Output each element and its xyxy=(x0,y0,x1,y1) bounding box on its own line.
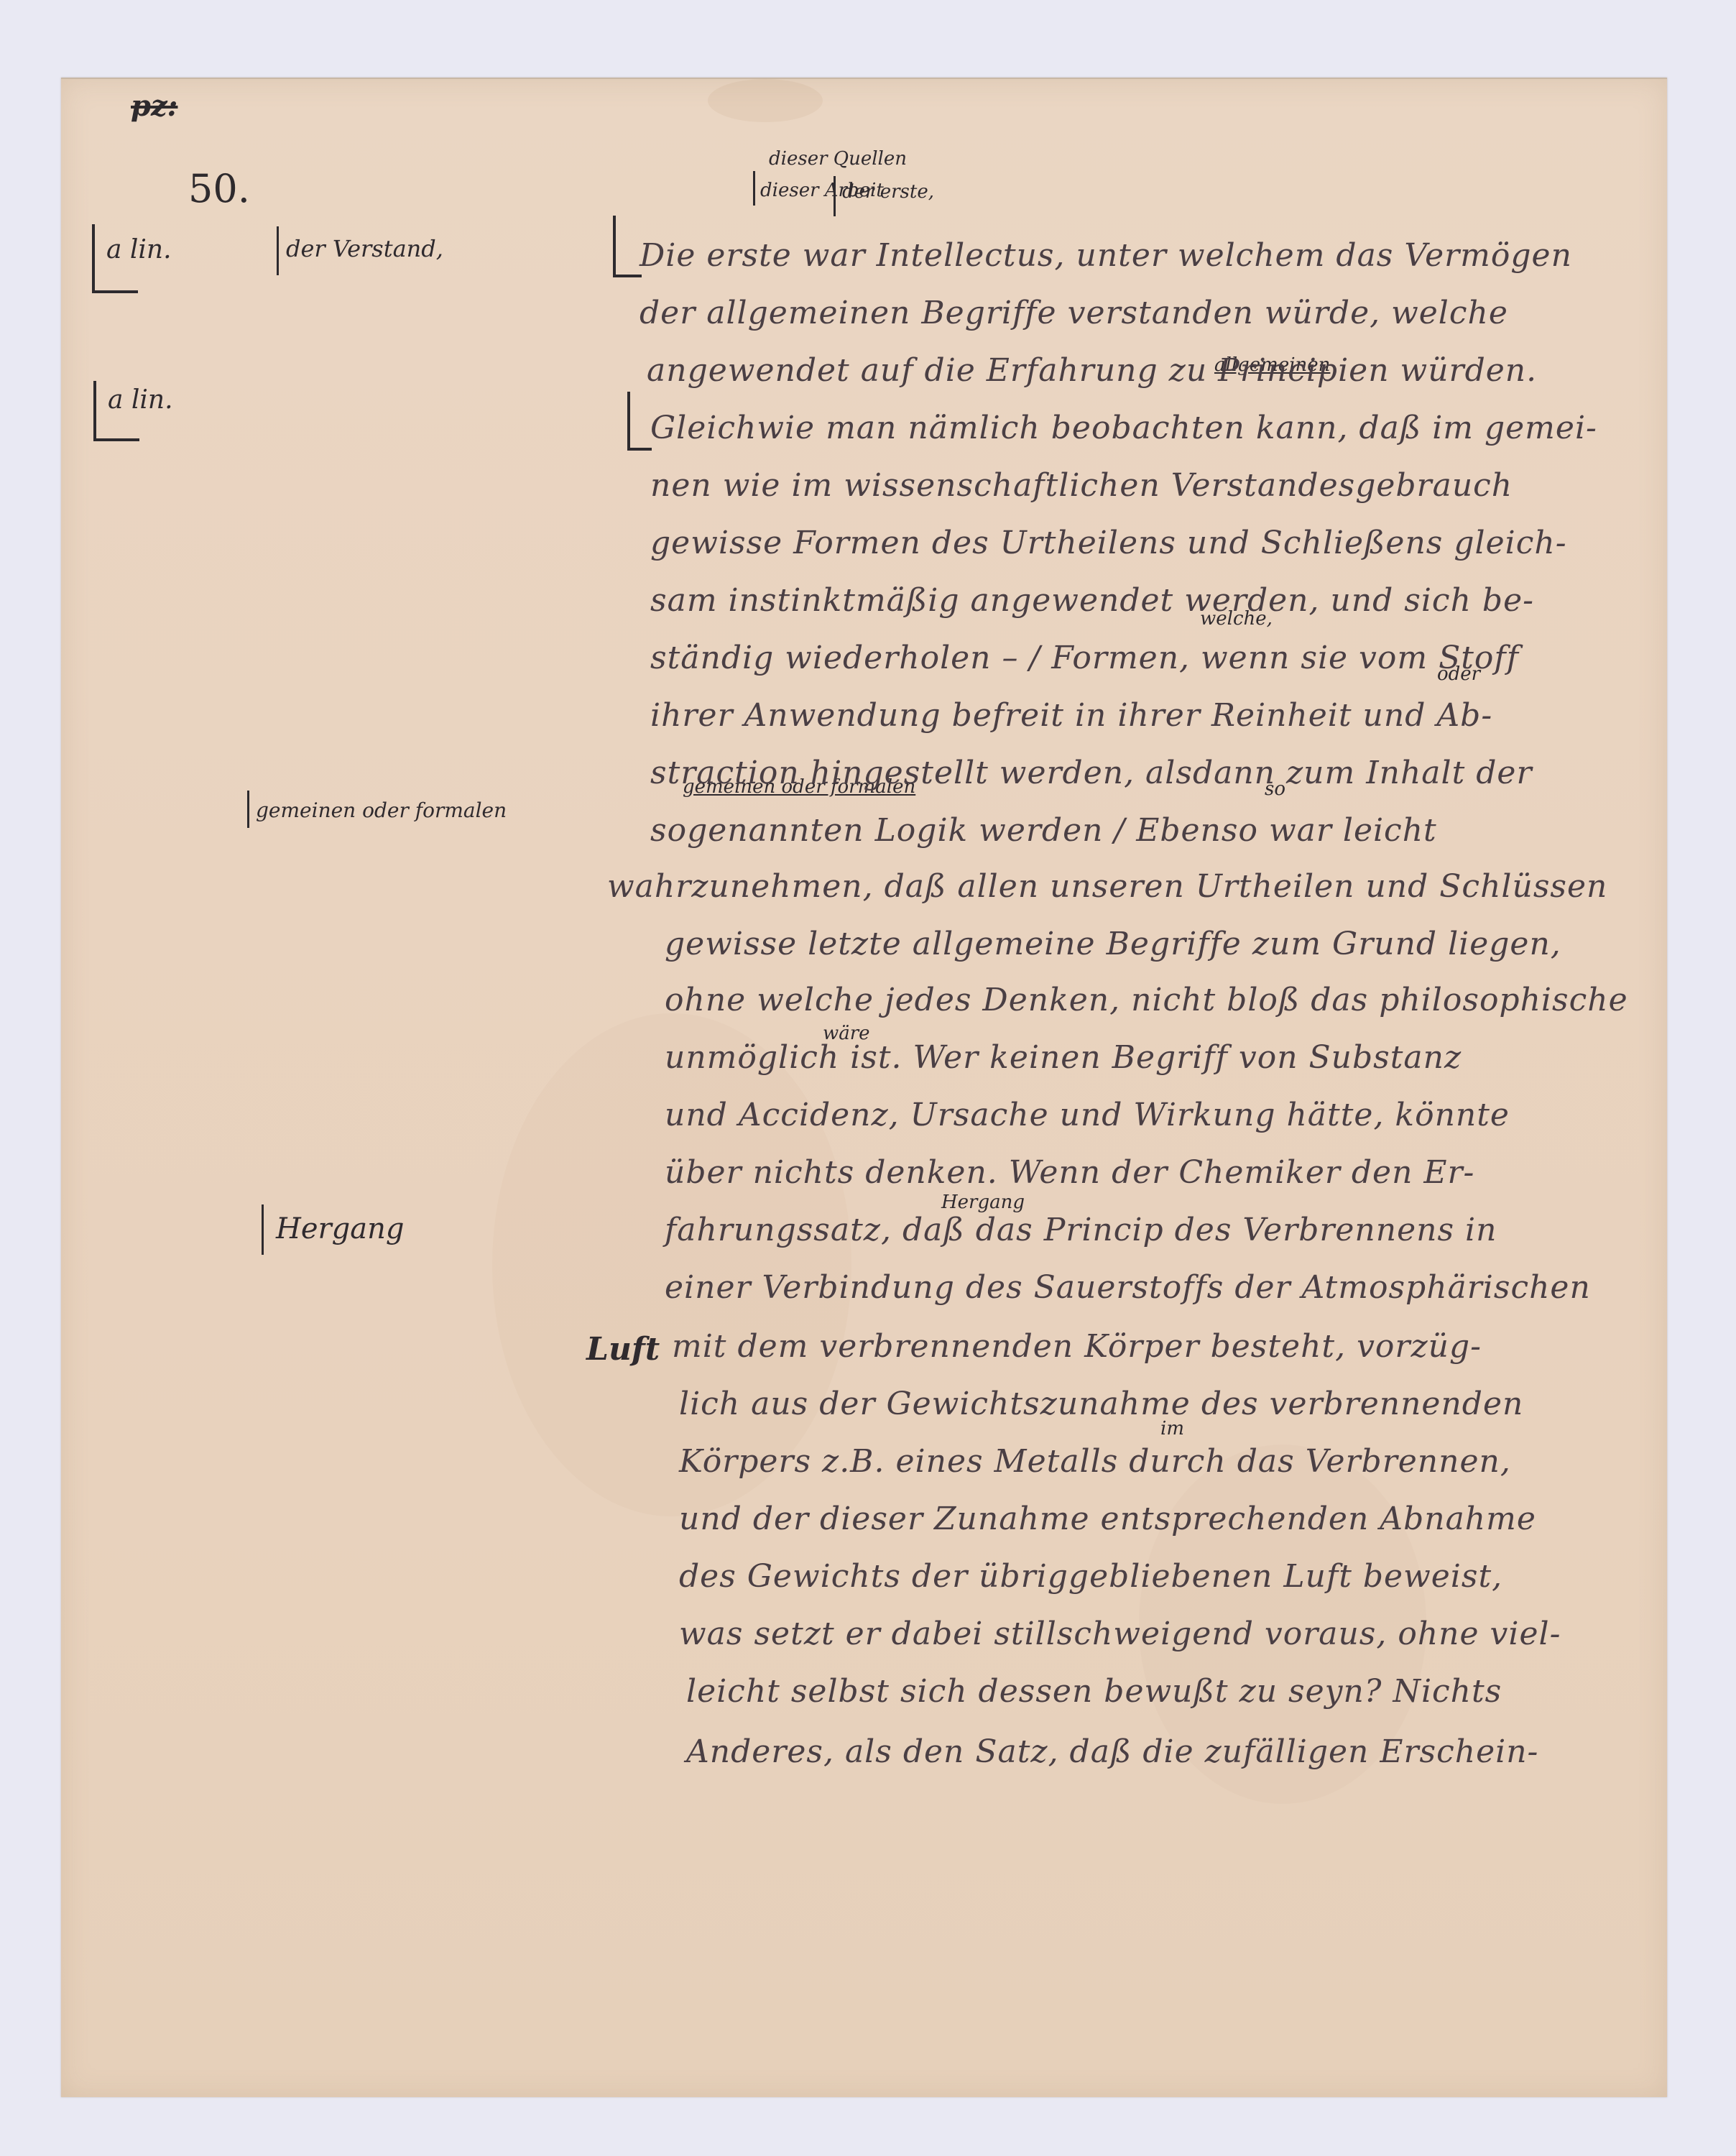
text-line: angewendet auf die Erfahrung zu Principi… xyxy=(647,355,1537,387)
text-line: lich aus der Gewichtszunahme des verbren… xyxy=(679,1388,1523,1420)
paper-stain xyxy=(708,79,823,122)
text-line: fahrungssatz, daß das Princip des Verbre… xyxy=(665,1215,1497,1246)
text-line: und der dieser Zunahme entsprechenden Ab… xyxy=(679,1503,1536,1535)
margin-note-a-lin: a lin. xyxy=(106,237,172,263)
text-line: Die erste war Intellectus, unter welchem… xyxy=(640,240,1572,272)
margin-note-gemeinen-formalen: gemeinen oder formalen xyxy=(256,801,507,821)
text-line: Anderes, als den Satz, daß die zufällige… xyxy=(686,1736,1538,1768)
insertion-hergang: Hergang xyxy=(941,1193,1025,1212)
text-line: unmöglich ist. Wer keinen Begriff von Su… xyxy=(665,1042,1462,1074)
insertion-bar xyxy=(247,791,249,828)
text-line: ständig wiederholen – / Formen, wenn sie… xyxy=(650,642,1519,674)
text-line: über nichts denken. Wenn der Chemiker de… xyxy=(665,1157,1474,1189)
text-line: straction hingestellt werden, alsdann zu… xyxy=(650,757,1533,789)
text-line: leicht selbst sich dessen bewußt zu seyn… xyxy=(686,1676,1502,1708)
insertion-bar xyxy=(834,176,836,216)
text-line: sam instinktmäßig angewendet werden, und… xyxy=(650,585,1534,617)
text-line: Körpers z.B. eines Metalls durch das Ver… xyxy=(679,1446,1511,1478)
paragraph-bracket xyxy=(627,392,652,451)
text-line: des Gewichts der übriggebliebenen Luft b… xyxy=(679,1561,1502,1593)
margin-note-der-verstand: der Verstand, xyxy=(286,237,443,260)
text-line: einer Verbindung des Sauerstoffs der Atm… xyxy=(665,1272,1591,1304)
margin-note-luft: Luft xyxy=(586,1334,660,1365)
text-line: nen wie im wissenschaftlichen Verstandes… xyxy=(650,470,1513,502)
insertion-der-erste: der erste, xyxy=(842,183,934,201)
margin-note-a-lin: a lin. xyxy=(108,387,173,413)
insertion-bar xyxy=(753,171,755,206)
text-line: ohne welche jedes Denken, nicht bloß das… xyxy=(665,985,1628,1016)
text-line: was setzt er dabei stillschweigend vorau… xyxy=(679,1618,1561,1650)
text-line: wahrzunehmen, daß allen unseren Urtheile… xyxy=(607,871,1607,903)
insertion-bar xyxy=(262,1204,264,1255)
text-line: gewisse letzte allgemeine Begriffe zum G… xyxy=(665,929,1561,960)
text-line: Gleichwie man nämlich beobachten kann, d… xyxy=(650,413,1597,444)
text-line: und Accidenz, Ursache und Wirkung hätte,… xyxy=(665,1100,1510,1131)
text-line: der allgemeinen Begriffe verstanden würd… xyxy=(640,298,1508,329)
paper-stain xyxy=(492,1013,851,1516)
folio-number: 50. xyxy=(188,170,250,208)
text-line: mit dem verbrennenden Körper besteht, vo… xyxy=(672,1331,1482,1363)
text-line: sogenannten Logik werden / Ebenso war le… xyxy=(650,815,1437,847)
margin-note-hergang: Hergang xyxy=(276,1215,405,1243)
paragraph-bracket xyxy=(613,216,642,277)
insertion-dieser-quellen: dieser Quellen xyxy=(769,149,907,168)
text-line: gewisse Formen des Urtheilens und Schlie… xyxy=(650,528,1567,559)
insertion-bar xyxy=(277,226,279,275)
signature-mark: pz: xyxy=(131,92,177,121)
text-line: ihrer Anwendung befreit in ihrer Reinhei… xyxy=(650,700,1492,732)
